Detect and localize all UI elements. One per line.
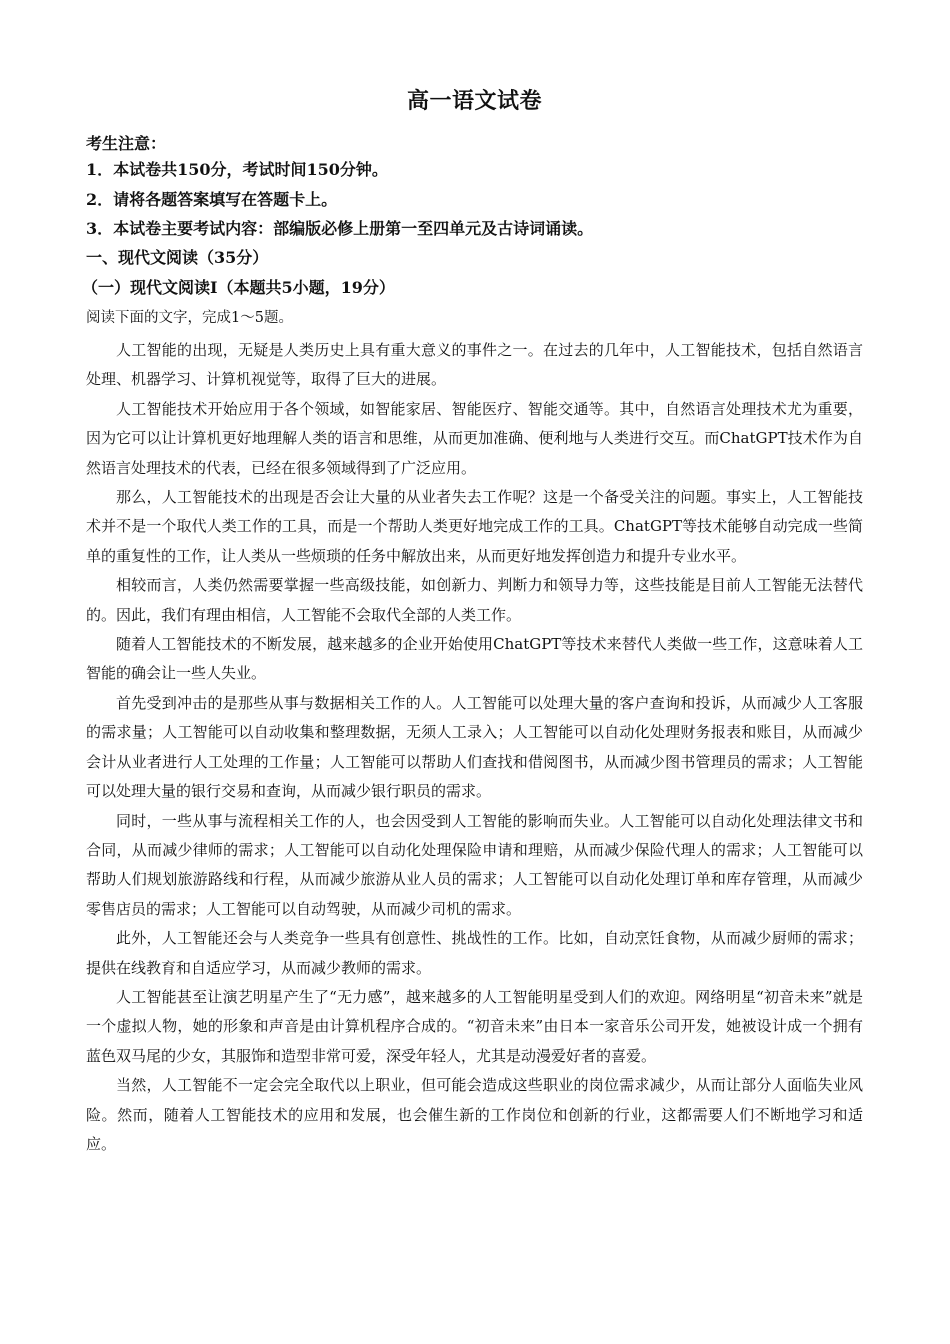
passage-paragraph: 相较而言，人类仍然需要掌握一些高级技能，如创新力、判断力和领导力等，这些技能是目…: [86, 571, 863, 630]
reading-instruction: 阅读下面的文字，完成1～5题。: [86, 306, 293, 330]
reading-passage: 人工智能的出现，无疑是人类历史上具有重大意义的事件之一。在过去的几年中，人工智能…: [86, 336, 863, 1159]
subsection-heading: （一）现代文阅读Ⅰ（本题共5小题，19分）: [82, 275, 395, 301]
notice-item-2: 2．请将各题答案填写在答题卡上。: [86, 187, 337, 213]
passage-paragraph: 首先受到冲击的是那些从事与数据相关工作的人。人工智能可以处理大量的客户查询和投诉…: [86, 689, 863, 807]
passage-paragraph: 此外，人工智能还会与人类竞争一些具有创意性、挑战性的工作。比如，自动烹饪食物，从…: [86, 924, 863, 983]
notice-heading: 考生注意：: [86, 131, 166, 157]
passage-paragraph: 人工智能技术开始应用于各个领域，如智能家居、智能医疗、智能交通等。其中，自然语言…: [86, 395, 863, 483]
notice-item-1: 1．本试卷共150分，考试时间150分钟。: [86, 157, 388, 183]
passage-paragraph: 随着人工智能技术的不断发展，越来越多的企业开始使用ChatGPT等技术来替代人类…: [86, 630, 863, 689]
passage-paragraph: 人工智能的出现，无疑是人类历史上具有重大意义的事件之一。在过去的几年中，人工智能…: [86, 336, 863, 395]
passage-paragraph: 人工智能甚至让演艺明星产生了“无力感”，越来越多的人工智能明星受到人们的欢迎。网…: [86, 983, 863, 1071]
notice-item-3: 3．本试卷主要考试内容：部编版必修上册第一至四单元及古诗词诵读。: [86, 216, 593, 242]
page-title: 高一语文试卷: [86, 86, 863, 116]
section-heading: 一、现代文阅读（35分）: [86, 245, 268, 271]
passage-paragraph: 当然，人工智能不一定会完全取代以上职业，但可能会造成这些职业的岗位需求减少，从而…: [86, 1071, 863, 1159]
passage-paragraph: 那么，人工智能技术的出现是否会让大量的从业者失去工作呢？这是一个备受关注的问题。…: [86, 483, 863, 571]
passage-paragraph: 同时，一些从事与流程相关工作的人，也会因受到人工智能的影响而失业。人工智能可以自…: [86, 807, 863, 925]
